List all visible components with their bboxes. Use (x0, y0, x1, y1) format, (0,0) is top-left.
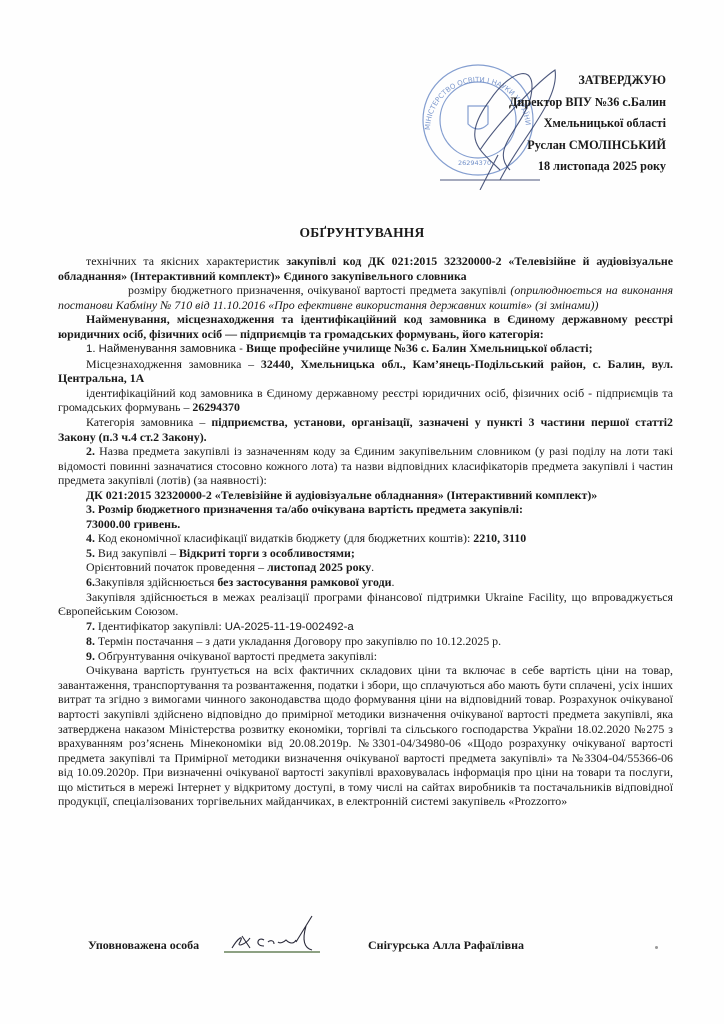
customer-category-label: Категорія замовника – (86, 415, 211, 429)
scan-speck (655, 946, 658, 949)
customer-name-value: Вище професійне училище №36 с. Балин Хме… (246, 341, 593, 355)
item-number: 4. (86, 531, 95, 545)
item-number: 5. (86, 546, 95, 560)
customer-code-label: ідентифікаційний код замовника в Єдиному… (58, 386, 673, 415)
customer-code: ідентифікаційний код замовника в Єдиному… (58, 386, 673, 415)
item-6-value: без застосування рамкової угоди (217, 575, 391, 589)
item-4-text: Код економічної класифікації видатків бю… (95, 531, 473, 545)
item-8: 8. Термін постачання – з дати укладання … (58, 634, 673, 649)
intro-paragraph-2: розміру бюджетного призначення, очікуван… (58, 283, 673, 312)
approval-block: ЗАТВЕРДЖУЮ Директор ВПУ №36 с.Балин Хмел… (509, 70, 666, 178)
customer-name-label: 1. Найменування замовника - (86, 343, 246, 355)
item-number: 8. (86, 634, 95, 648)
intro-paragraph-1: технічних та якісних характеристик закуп… (58, 254, 673, 283)
signatory-name: Снігурська Алла Рафаїлівна (368, 938, 524, 953)
handwritten-signature-icon (220, 912, 330, 956)
approver-name: Руслан СМОЛІНСЬКИЙ (509, 135, 666, 157)
approver-position: Директор ВПУ №36 с.Балин (509, 92, 666, 114)
document-body: технічних та якісних характеристик закуп… (58, 254, 673, 809)
start-date: Орієнтовний початок проведення – листопа… (58, 560, 673, 575)
item-6: 6.Закупівля здійснюється без застосуванн… (58, 575, 673, 590)
section-heading: Найменування, місцезнаходження та іденти… (58, 312, 673, 341)
signature-role: Уповноважена особа (88, 938, 199, 953)
document-page: МІНІСТЕРСТВО ОСВІТИ І НАУКИ УКРАЇНИ ВИЩЕ… (0, 0, 724, 1024)
facility-paragraph: Закупівля здійснюється в межах реалізаці… (58, 590, 673, 619)
approval-heading: ЗАТВЕРДЖУЮ (509, 70, 666, 92)
item-3: 3. Розмір бюджетного призначення та/або … (58, 502, 673, 517)
item-3-value: 73000.00 гривень. (58, 517, 673, 532)
item-number: 7. (86, 619, 95, 633)
document-title: ОБҐРУНТУВАННЯ (0, 225, 724, 241)
item-6-text: Закупівля здійснюється (95, 575, 217, 589)
customer-location: Місцезнаходження замовника – 32440, Хмел… (58, 357, 673, 386)
procurement-id: UA-2025-11-19-002492-a (225, 621, 354, 633)
item-8-text: Термін постачання – з дати укладання Дог… (95, 634, 501, 648)
customer-name: 1. Найменування замовника - Вище професі… (58, 341, 673, 357)
approval-date: 18 листопада 2025 року (509, 156, 666, 178)
customer-code-value: 26294370 (192, 400, 240, 414)
intro-text: технічних та якісних характеристик (86, 254, 286, 268)
item-5-text: Вид закупівлі – (95, 546, 179, 560)
item-4-value: 2210, 3110 (473, 531, 526, 545)
svg-text:26294370: 26294370 (458, 159, 491, 167)
item-2-value: ДК 021:2015 32320000-2 «Телевізійне й ау… (58, 488, 673, 503)
start-date-value: листопад 2025 року (267, 560, 371, 574)
customer-category: Категорія замовника – підприємства, уста… (58, 415, 673, 444)
item-9-text: Обґрунтування очікуваної вартості предме… (95, 649, 377, 663)
customer-location-label: Місцезнаходження замовника – (86, 357, 261, 371)
item-9: 9. Обґрунтування очікуваної вартості пре… (58, 649, 673, 664)
item-7: 7. Ідентифікатор закупівлі: UA-2025-11-1… (58, 619, 673, 635)
item-7-text: Ідентифікатор закупівлі: (95, 619, 225, 633)
item-number: 2. (86, 444, 95, 458)
start-date-label: Орієнтовний початок проведення – (86, 560, 267, 574)
justification-paragraph: Очікувана вартість ґрунтується на всіх ф… (58, 663, 673, 808)
item-number: 6. (86, 575, 95, 589)
item-2: 2. Назва предмета закупівлі із зазначенн… (58, 444, 673, 488)
item-5-value: Відкриті торги з особливостями; (179, 546, 355, 560)
item-2-text: Назва предмета закупівлі із зазначенням … (58, 444, 673, 487)
item-number: 9. (86, 649, 95, 663)
item-4: 4. Код економічної класифікації видатків… (58, 531, 673, 546)
approver-region: Хмельницької області (509, 113, 666, 135)
punctuation: . (371, 560, 374, 574)
intro-text-2: розміру бюджетного призначення, очікуван… (128, 283, 510, 297)
punctuation: . (391, 575, 394, 589)
item-5: 5. Вид закупівлі – Відкриті торги з особ… (58, 546, 673, 561)
